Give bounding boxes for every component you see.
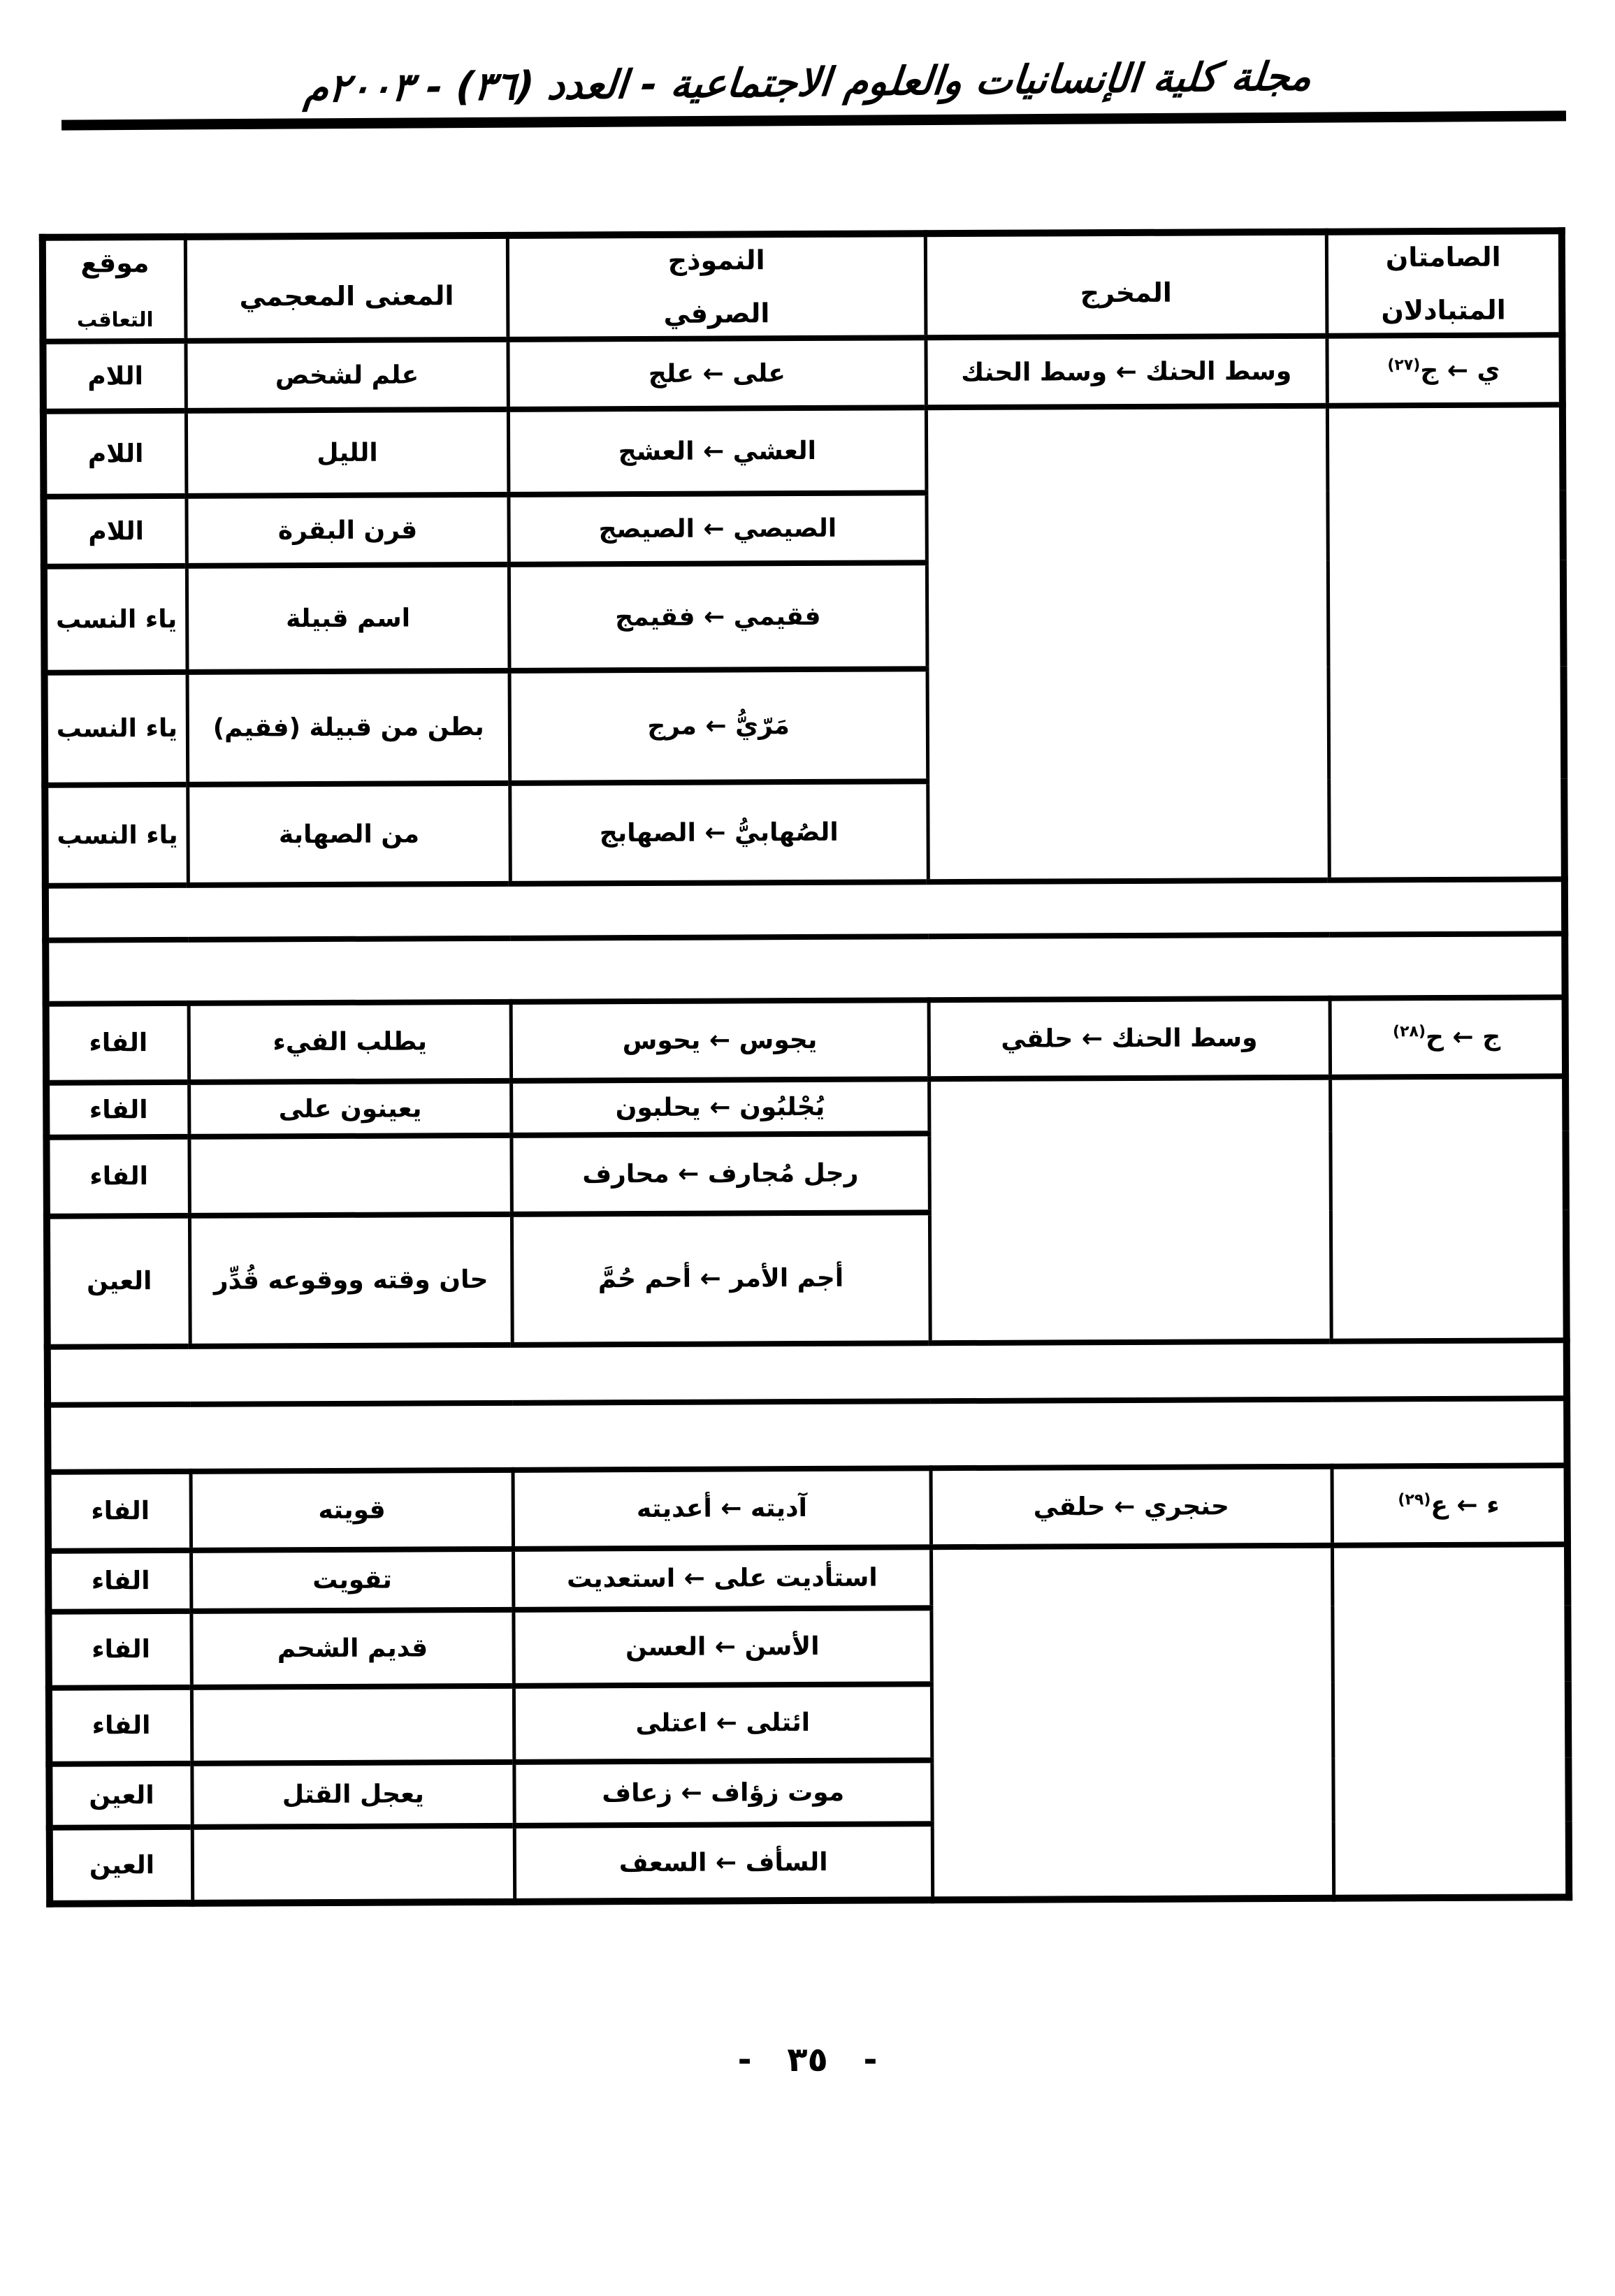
alternation-table-wrap: الصامتان المتبادلان المخرج النموذج الصرف… [39, 227, 1572, 1908]
table-row: يُجْلبُون ← يحلبون يعينون على الفاء [46, 1076, 1565, 1137]
articulation-cell: وسط الحنك ← حلقي [929, 998, 1330, 1080]
table-header-row: الصامتان المتبادلان المخرج النموذج الصرف… [43, 231, 1563, 341]
meaning-cell: اسم قبيلة [187, 565, 509, 672]
meaning-cell: قرن البقرة [187, 495, 509, 566]
header-position: موقع التعاقب [43, 237, 186, 342]
meaning-cell: بطن من قبيلة (فقيم) [187, 671, 510, 785]
header-position-line1: موقع [53, 247, 177, 279]
header-articulation: المخرج [925, 232, 1327, 338]
meaning-cell: قويته [191, 1470, 513, 1550]
consonant-pair: ي ← ج [1420, 356, 1500, 384]
model-cell: يجوس ← يحوس [511, 1000, 929, 1081]
consonants-merged-cell [1332, 1544, 1569, 1898]
spacer-row-cell [45, 933, 1565, 1003]
meaning-cell [192, 1826, 514, 1903]
model-cell: السأف ← السعف [514, 1824, 932, 1902]
header-consonants-line2: المتبادلان [1335, 294, 1552, 326]
position-cell: الفاء [46, 1082, 189, 1138]
position-cell: ياء النسب [44, 566, 187, 673]
consonants-merged-cell [1327, 405, 1565, 880]
model-cell: الصيصي ← الصيصج [509, 493, 927, 565]
model-cell: مَرّيُّ ← مرج [509, 669, 928, 783]
position-cell: العين [50, 1827, 193, 1904]
header-consonants-line1: الصامتان [1335, 241, 1551, 273]
model-cell: فقيمي ← فقيمج [509, 562, 927, 671]
scanned-journal-page: مجلة كلية الإنسانيات والعلوم الاجتماعية … [0, 0, 1615, 2296]
model-cell: الأسن ← العسن [514, 1608, 932, 1686]
consonants-cell: ج ← ح(٢٨) [1330, 997, 1565, 1077]
model-cell: أجم الأمر ← أحم حُمَّ [512, 1212, 930, 1345]
position-cell: الفاء [46, 1003, 189, 1083]
position-cell: الفاء [48, 1472, 191, 1551]
model-cell: العشي ← العشج [508, 407, 926, 495]
consonant-pair: ء ← ع [1431, 1491, 1499, 1520]
header-rule [61, 110, 1566, 130]
meaning-cell: يطلب الفيء [189, 1002, 511, 1082]
header-model-line2: الصرفي [516, 297, 917, 329]
meaning-cell: علم لشخص [186, 340, 508, 411]
spacer-row-cell [48, 1398, 1567, 1472]
model-cell: ائتلى ← اعتلى [514, 1684, 932, 1762]
position-cell: الفاء [48, 1550, 191, 1612]
articulation-merged-cell [931, 1546, 1333, 1900]
header-model: النموذج الصرفي [507, 233, 925, 340]
model-cell: على ← علج [508, 337, 926, 409]
spacer-row [45, 879, 1565, 940]
spacer-row-cell [48, 1340, 1567, 1404]
model-cell: آديته ← أعديته [513, 1468, 931, 1549]
meaning-cell: حان وقته ووقوعه قُدِّر [189, 1214, 512, 1346]
meaning-cell [189, 1135, 512, 1216]
model-cell: الصُهابيُّ ← الصهابج [509, 781, 927, 884]
header-meaning-label: المعنى المعجمي [194, 265, 499, 312]
position-cell: اللام [43, 496, 187, 567]
spacer-row [45, 933, 1565, 1003]
table-row: العشي ← العشج الليل اللام [43, 405, 1563, 496]
page-number: - ٣٥ - [0, 2040, 1615, 2079]
footnote-number: (٢٩) [1398, 1491, 1431, 1509]
header-position-line2: التعاقب [53, 307, 177, 332]
articulation-cell: حنجري ← حلقي [931, 1467, 1332, 1548]
alternation-table: الصامتان المتبادلان المخرج النموذج الصرف… [39, 227, 1572, 1908]
model-cell: يُجْلبُون ← يحلبون [511, 1079, 929, 1135]
model-cell: رجل مُجارف ← محارف [512, 1133, 929, 1214]
journal-header: مجلة كلية الإنسانيات والعلوم الاجتماعية … [0, 0, 1615, 115]
position-cell: ياء النسب [45, 672, 188, 785]
header-model-line1: النموذج [516, 244, 917, 276]
position-cell: الفاء [49, 1687, 192, 1764]
position-cell: ياء النسب [45, 785, 188, 886]
consonants-merged-cell [1330, 1076, 1567, 1341]
spacer-row-cell [45, 879, 1565, 940]
header-meaning: المعنى المعجمي [185, 235, 508, 341]
header-articulation-label: المخرج [934, 261, 1318, 309]
position-cell: اللام [43, 411, 187, 497]
model-cell: موت زؤاف ← زعاف [514, 1760, 932, 1826]
footnote-number: (٢٧) [1387, 356, 1420, 374]
articulation-cell: وسط الحنك ← وسط الحنك [926, 336, 1327, 408]
articulation-merged-cell [926, 406, 1329, 882]
articulation-merged-cell [929, 1077, 1331, 1344]
model-cell: استأديت على ← استعديت [513, 1547, 931, 1610]
consonants-cell: ء ← ع(٢٩) [1332, 1465, 1567, 1545]
footnote-number: (٢٨) [1393, 1023, 1426, 1040]
journal-title: مجلة كلية الإنسانيات والعلوم الاجتماعية … [302, 54, 1313, 112]
meaning-cell: تقويت [191, 1549, 513, 1611]
position-cell: العين [49, 1764, 192, 1828]
consonant-pair: ج ← ح [1426, 1023, 1500, 1052]
table-row: ي ← ج(٢٧) وسط الحنك ← وسط الحنك على ← عل… [43, 335, 1562, 411]
table-row: ج ← ح(٢٨) وسط الحنك ← حلقي يجوس ← يحوس ي… [46, 997, 1565, 1082]
meaning-cell [191, 1686, 514, 1764]
table-row: ء ← ع(٢٩) حنجري ← حلقي آديته ← أعديته قو… [48, 1465, 1567, 1550]
position-cell: العين [47, 1216, 190, 1347]
position-cell: الفاء [46, 1137, 189, 1216]
table-row: استأديت على ← استعديت تقويت الفاء [48, 1544, 1567, 1611]
spacer-row [48, 1340, 1567, 1404]
meaning-cell: يعينون على [189, 1081, 511, 1137]
position-cell: اللام [43, 341, 186, 412]
meaning-cell: الليل [186, 409, 508, 496]
position-cell: الفاء [48, 1611, 191, 1688]
header-consonants: الصامتان المتبادلان [1326, 231, 1563, 335]
meaning-cell: يعجل القتل [192, 1762, 514, 1827]
spacer-row [48, 1398, 1567, 1472]
meaning-cell: قديم الشحم [191, 1610, 514, 1687]
consonants-cell: ي ← ج(٢٧) [1326, 335, 1562, 405]
meaning-cell: من الصهابة [188, 783, 510, 885]
